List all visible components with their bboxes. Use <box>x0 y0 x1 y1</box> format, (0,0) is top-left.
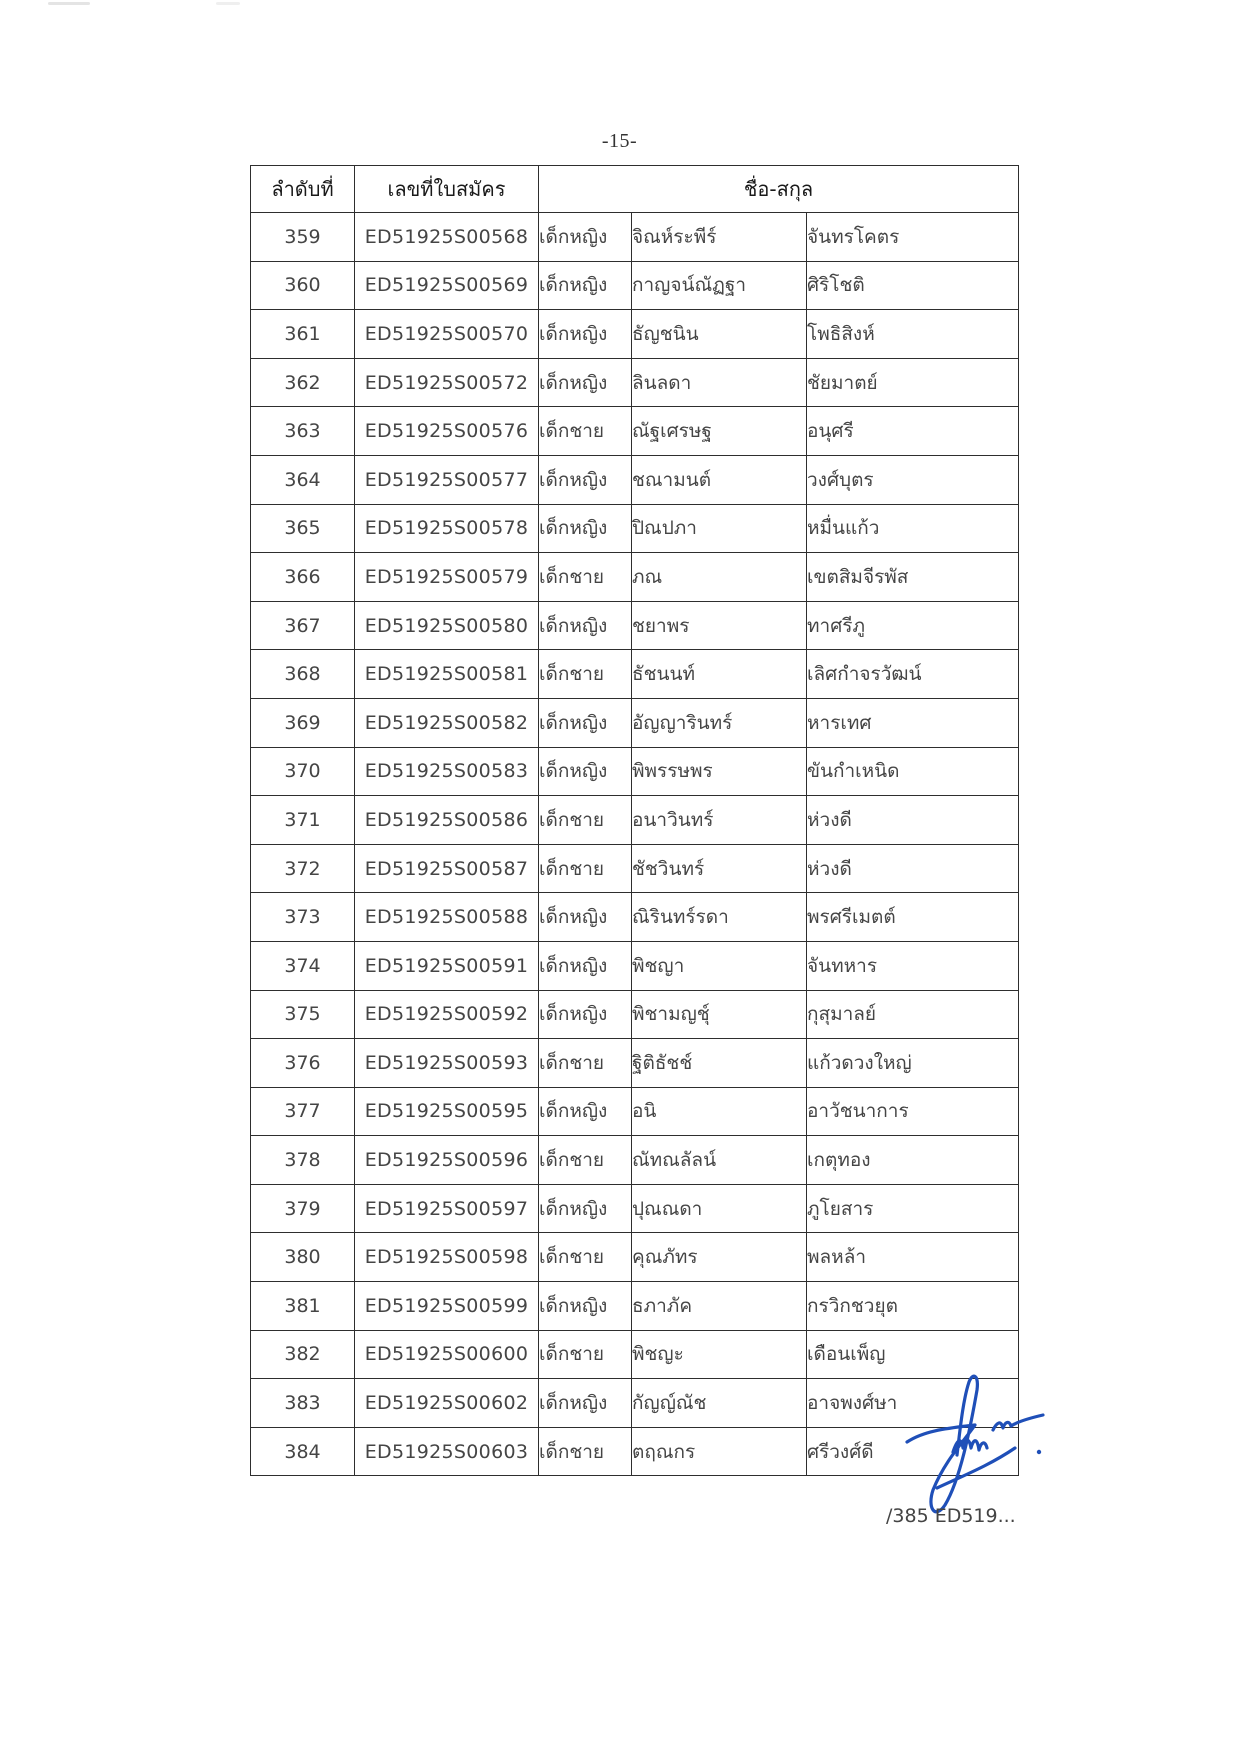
application-no-cell: ED51925S00597 <box>355 1184 539 1233</box>
applicant-table: ลำดับที่ เลขที่ใบสมัคร ชื่อ-สกุล 359ED51… <box>250 165 1019 1476</box>
title-prefix-cell: เด็กชาย <box>539 553 632 602</box>
order-cell: 362 <box>251 358 355 407</box>
order-cell: 373 <box>251 893 355 942</box>
application-no-cell: ED51925S00569 <box>355 261 539 310</box>
order-cell: 374 <box>251 941 355 990</box>
last-name-cell: แก้วดวงใหญ่ <box>807 1039 1019 1088</box>
first-name-cell: อัญญารินทร์ <box>632 698 807 747</box>
application-no-cell: ED51925S00603 <box>355 1427 539 1476</box>
table-row: 380ED51925S00598เด็กชายคุณภัทรพลหล้า <box>251 1233 1019 1282</box>
application-no-cell: ED51925S00587 <box>355 844 539 893</box>
last-name-cell: กุสุมาลย์ <box>807 990 1019 1039</box>
last-name-cell: ภูโยสาร <box>807 1184 1019 1233</box>
table-row: 360ED51925S00569เด็กหญิงกาญจน์ณัฏฐาศิริโ… <box>251 261 1019 310</box>
last-name-cell: ชัยมาตย์ <box>807 358 1019 407</box>
title-prefix-cell: เด็กหญิง <box>539 213 632 262</box>
order-cell: 377 <box>251 1087 355 1136</box>
order-cell: 372 <box>251 844 355 893</box>
title-prefix-cell: เด็กหญิง <box>539 358 632 407</box>
application-no-cell: ED51925S00568 <box>355 213 539 262</box>
application-no-cell: ED51925S00582 <box>355 698 539 747</box>
first-name-cell: ฐิติธัชช์ <box>632 1039 807 1088</box>
last-name-cell: พลหล้า <box>807 1233 1019 1282</box>
last-name-cell: เขตสิมจีรพัส <box>807 553 1019 602</box>
first-name-cell: กัญญ์ณัช <box>632 1379 807 1428</box>
application-no-cell: ED51925S00593 <box>355 1039 539 1088</box>
order-cell: 375 <box>251 990 355 1039</box>
application-no-cell: ED51925S00602 <box>355 1379 539 1428</box>
application-no-cell: ED51925S00595 <box>355 1087 539 1136</box>
header-full-name: ชื่อ-สกุล <box>539 166 1019 213</box>
title-prefix-cell: เด็กชาย <box>539 1136 632 1185</box>
first-name-cell: พิพรรษพร <box>632 747 807 796</box>
first-name-cell: ณิรินทร์รดา <box>632 893 807 942</box>
last-name-cell: หารเทศ <box>807 698 1019 747</box>
table-row: 383ED51925S00602เด็กหญิงกัญญ์ณัชอาจพงศ์ษ… <box>251 1379 1019 1428</box>
table-row: 367ED51925S00580เด็กหญิงชยาพรทาศรีภู <box>251 601 1019 650</box>
title-prefix-cell: เด็กหญิง <box>539 601 632 650</box>
last-name-cell: หมื่นแก้ว <box>807 504 1019 553</box>
table-row: 376ED51925S00593เด็กชายฐิติธัชช์แก้วดวงใ… <box>251 1039 1019 1088</box>
application-no-cell: ED51925S00578 <box>355 504 539 553</box>
last-name-cell: จันทหาร <box>807 941 1019 990</box>
order-cell: 360 <box>251 261 355 310</box>
title-prefix-cell: เด็กหญิง <box>539 893 632 942</box>
title-prefix-cell: เด็กหญิง <box>539 747 632 796</box>
page-number: -15- <box>0 130 1239 153</box>
table-row: 371ED51925S00586เด็กชายอนาวินทร์ห่วงดี <box>251 796 1019 845</box>
order-cell: 376 <box>251 1039 355 1088</box>
title-prefix-cell: เด็กชาย <box>539 1039 632 1088</box>
table-header-row: ลำดับที่ เลขที่ใบสมัคร ชื่อ-สกุล <box>251 166 1019 213</box>
first-name-cell: อนาวินทร์ <box>632 796 807 845</box>
table-row: 384ED51925S00603เด็กชายตฤณกรศรีวงศ์ดี <box>251 1427 1019 1476</box>
table-row: 373ED51925S00588เด็กหญิงณิรินทร์รดาพรศรี… <box>251 893 1019 942</box>
order-cell: 363 <box>251 407 355 456</box>
title-prefix-cell: เด็กหญิง <box>539 990 632 1039</box>
table-row: 379ED51925S00597เด็กหญิงปุณณดาภูโยสาร <box>251 1184 1019 1233</box>
application-no-cell: ED51925S00586 <box>355 796 539 845</box>
order-cell: 368 <box>251 650 355 699</box>
last-name-cell: อาวัชนาการ <box>807 1087 1019 1136</box>
last-name-cell: จันทรโคตร <box>807 213 1019 262</box>
header-application-no: เลขที่ใบสมัคร <box>355 166 539 213</box>
first-name-cell: ธัญชนิน <box>632 310 807 359</box>
title-prefix-cell: เด็กชาย <box>539 1233 632 1282</box>
table-row: 378ED51925S00596เด็กชายณัทณลัลน์เกตุทอง <box>251 1136 1019 1185</box>
first-name-cell: ภณ <box>632 553 807 602</box>
continuation-note: /385 ED519... <box>886 1505 1016 1527</box>
table-row: 377ED51925S00595เด็กหญิงอนิอาวัชนาการ <box>251 1087 1019 1136</box>
first-name-cell: ปุณณดา <box>632 1184 807 1233</box>
title-prefix-cell: เด็กชาย <box>539 650 632 699</box>
application-no-cell: ED51925S00600 <box>355 1330 539 1379</box>
scan-artifact <box>216 2 240 5</box>
first-name-cell: ลินลดา <box>632 358 807 407</box>
table-row: 362ED51925S00572เด็กหญิงลินลดาชัยมาตย์ <box>251 358 1019 407</box>
order-cell: 384 <box>251 1427 355 1476</box>
last-name-cell: ห่วงดี <box>807 796 1019 845</box>
order-cell: 370 <box>251 747 355 796</box>
order-cell: 371 <box>251 796 355 845</box>
order-cell: 364 <box>251 455 355 504</box>
order-cell: 379 <box>251 1184 355 1233</box>
first-name-cell: คุณภัทร <box>632 1233 807 1282</box>
application-no-cell: ED51925S00577 <box>355 455 539 504</box>
first-name-cell: พิชามญชุ์ <box>632 990 807 1039</box>
first-name-cell: ธัชนนท์ <box>632 650 807 699</box>
title-prefix-cell: เด็กชาย <box>539 1330 632 1379</box>
header-order: ลำดับที่ <box>251 166 355 213</box>
title-prefix-cell: เด็กหญิง <box>539 504 632 553</box>
table-row: 366ED51925S00579เด็กชายภณเขตสิมจีรพัส <box>251 553 1019 602</box>
order-cell: 369 <box>251 698 355 747</box>
title-prefix-cell: เด็กหญิง <box>539 1184 632 1233</box>
first-name-cell: ปิณปภา <box>632 504 807 553</box>
first-name-cell: อนิ <box>632 1087 807 1136</box>
table-row: 364ED51925S00577เด็กหญิงชณามนต์วงศ์บุตร <box>251 455 1019 504</box>
last-name-cell: ห่วงดี <box>807 844 1019 893</box>
last-name-cell: โพธิสิงห์ <box>807 310 1019 359</box>
last-name-cell: อนุศรี <box>807 407 1019 456</box>
title-prefix-cell: เด็กชาย <box>539 796 632 845</box>
first-name-cell: พิชญา <box>632 941 807 990</box>
first-name-cell: ณัฐเศรษฐ <box>632 407 807 456</box>
title-prefix-cell: เด็กหญิง <box>539 941 632 990</box>
application-no-cell: ED51925S00599 <box>355 1282 539 1331</box>
order-cell: 367 <box>251 601 355 650</box>
first-name-cell: ตฤณกร <box>632 1427 807 1476</box>
application-no-cell: ED51925S00583 <box>355 747 539 796</box>
table-row: 381ED51925S00599เด็กหญิงธภาภัคกรวิกชวยุต <box>251 1282 1019 1331</box>
first-name-cell: ณัทณลัลน์ <box>632 1136 807 1185</box>
title-prefix-cell: เด็กหญิง <box>539 1087 632 1136</box>
first-name-cell: จิณห์ระพีร์ <box>632 213 807 262</box>
order-cell: 359 <box>251 213 355 262</box>
title-prefix-cell: เด็กหญิง <box>539 310 632 359</box>
last-name-cell: วงศ์บุตร <box>807 455 1019 504</box>
table-row: 363ED51925S00576เด็กชายณัฐเศรษฐอนุศรี <box>251 407 1019 456</box>
order-cell: 361 <box>251 310 355 359</box>
table-row: 365ED51925S00578เด็กหญิงปิณปภาหมื่นแก้ว <box>251 504 1019 553</box>
table-row: 372ED51925S00587เด็กชายชัชวินทร์ห่วงดี <box>251 844 1019 893</box>
table-row: 375ED51925S00592เด็กหญิงพิชามญชุ์กุสุมาล… <box>251 990 1019 1039</box>
title-prefix-cell: เด็กหญิง <box>539 455 632 504</box>
last-name-cell: ทาศรีภู <box>807 601 1019 650</box>
first-name-cell: กาญจน์ณัฏฐา <box>632 261 807 310</box>
order-cell: 381 <box>251 1282 355 1331</box>
title-prefix-cell: เด็กหญิง <box>539 1282 632 1331</box>
application-no-cell: ED51925S00592 <box>355 990 539 1039</box>
last-name-cell: กรวิกชวยุต <box>807 1282 1019 1331</box>
application-no-cell: ED51925S00581 <box>355 650 539 699</box>
last-name-cell: พรศรีเมตต์ <box>807 893 1019 942</box>
title-prefix-cell: เด็กหญิง <box>539 698 632 747</box>
title-prefix-cell: เด็กหญิง <box>539 261 632 310</box>
last-name-cell: ศิริโชติ <box>807 261 1019 310</box>
order-cell: 383 <box>251 1379 355 1428</box>
first-name-cell: พิชญะ <box>632 1330 807 1379</box>
table-row: 382ED51925S00600เด็กชายพิชญะเดือนเพ็ญ <box>251 1330 1019 1379</box>
table-row: 370ED51925S00583เด็กหญิงพิพรรษพรขันกำเหน… <box>251 747 1019 796</box>
first-name-cell: ชณามนต์ <box>632 455 807 504</box>
title-prefix-cell: เด็กชาย <box>539 844 632 893</box>
application-no-cell: ED51925S00572 <box>355 358 539 407</box>
last-name-cell: เลิศกำจรวัฒน์ <box>807 650 1019 699</box>
application-no-cell: ED51925S00570 <box>355 310 539 359</box>
application-no-cell: ED51925S00596 <box>355 1136 539 1185</box>
application-no-cell: ED51925S00598 <box>355 1233 539 1282</box>
order-cell: 366 <box>251 553 355 602</box>
last-name-cell: เกตุทอง <box>807 1136 1019 1185</box>
order-cell: 382 <box>251 1330 355 1379</box>
table-body: 359ED51925S00568เด็กหญิงจิณห์ระพีร์จันทร… <box>251 213 1019 1476</box>
table-row: 359ED51925S00568เด็กหญิงจิณห์ระพีร์จันทร… <box>251 213 1019 262</box>
title-prefix-cell: เด็กชาย <box>539 1427 632 1476</box>
table-row: 369ED51925S00582เด็กหญิงอัญญารินทร์หารเท… <box>251 698 1019 747</box>
last-name-cell: ขันกำเหนิด <box>807 747 1019 796</box>
first-name-cell: ธภาภัค <box>632 1282 807 1331</box>
handwritten-signature-icon <box>905 1370 1075 1520</box>
application-no-cell: ED51925S00579 <box>355 553 539 602</box>
title-prefix-cell: เด็กหญิง <box>539 1379 632 1428</box>
application-no-cell: ED51925S00588 <box>355 893 539 942</box>
table-row: 374ED51925S00591เด็กหญิงพิชญาจันทหาร <box>251 941 1019 990</box>
title-prefix-cell: เด็กชาย <box>539 407 632 456</box>
table-row: 368ED51925S00581เด็กชายธัชนนท์เลิศกำจรวั… <box>251 650 1019 699</box>
order-cell: 365 <box>251 504 355 553</box>
application-no-cell: ED51925S00591 <box>355 941 539 990</box>
order-cell: 378 <box>251 1136 355 1185</box>
order-cell: 380 <box>251 1233 355 1282</box>
first-name-cell: ชยาพร <box>632 601 807 650</box>
scan-artifact <box>48 2 90 5</box>
first-name-cell: ชัชวินทร์ <box>632 844 807 893</box>
table-row: 361ED51925S00570เด็กหญิงธัญชนินโพธิสิงห์ <box>251 310 1019 359</box>
application-no-cell: ED51925S00580 <box>355 601 539 650</box>
application-no-cell: ED51925S00576 <box>355 407 539 456</box>
